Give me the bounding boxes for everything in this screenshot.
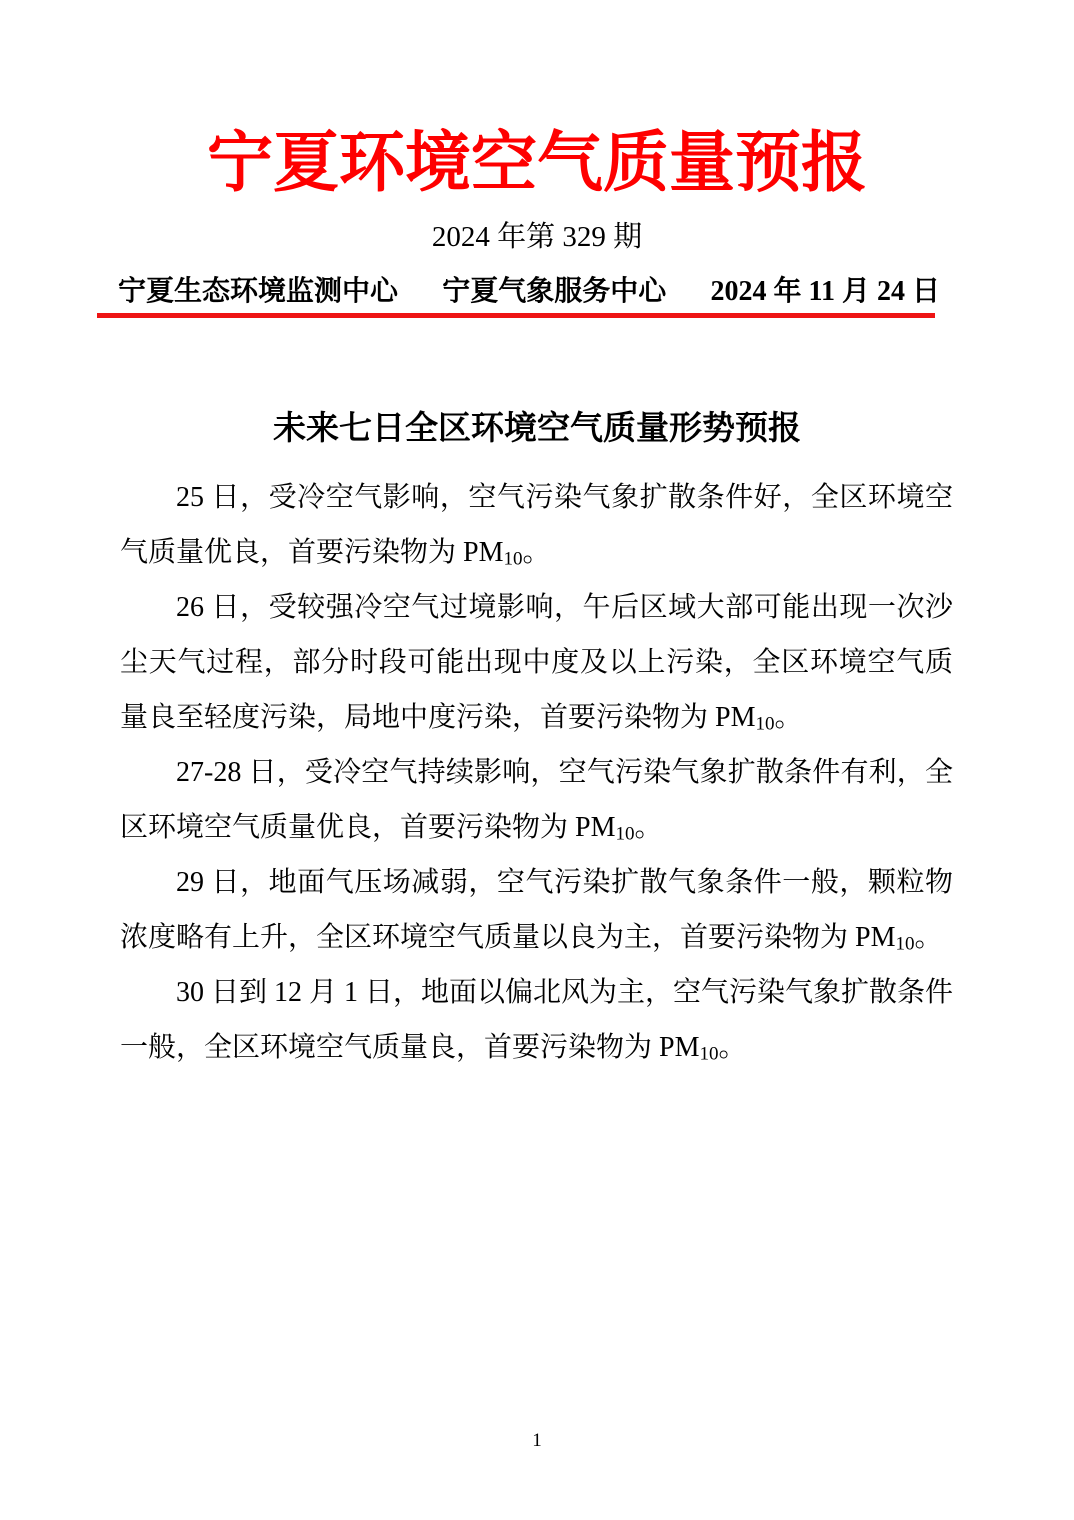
document-title: 宁夏环境空气质量预报 — [0, 122, 1074, 206]
document-page: 宁夏环境空气质量预报 2024 年第 329 期 宁夏生态环境监测中心 宁夏气象… — [0, 0, 1074, 1520]
paragraph-day-27-28: 27-28 日，受冷空气持续影响，空气污染气象扩散条件有利，全区环境空气质量优良… — [120, 745, 953, 855]
masthead-date: 2024 年 11 月 24 日 — [711, 274, 940, 310]
paragraph-day-29: 29 日，地面气压场减弱，空气污染扩散气象条件一般，颗粒物浓度略有上升，全区环境… — [120, 855, 953, 965]
masthead-org-weather-center: 宁夏气象服务中心 — [442, 274, 666, 310]
red-divider-rule — [97, 313, 935, 318]
paragraph-day-30-dec-1: 30 日到 12 月 1 日，地面以偏北风为主，空气污染气象扩散条件一般，全区环… — [120, 965, 953, 1075]
paragraph-day-25: 25 日，受冷空气影响，空气污染气象扩散条件好，全区环境空气质量优良，首要污染物… — [120, 470, 953, 580]
section-title: 未来七日全区环境空气质量形势预报 — [0, 406, 1074, 452]
issue-number: 2024 年第 329 期 — [0, 216, 1074, 258]
paragraph-day-26: 26 日，受较强冷空气过境影响，午后区域大部可能出现一次沙尘天气过程，部分时段可… — [120, 580, 953, 745]
page-number: 1 — [0, 1428, 1074, 1454]
masthead-row: 宁夏生态环境监测中心 宁夏气象服务中心 2024 年 11 月 24 日 — [118, 274, 940, 310]
masthead-org-monitoring-center: 宁夏生态环境监测中心 — [118, 274, 398, 310]
forecast-body: 25 日，受冷空气影响，空气污染气象扩散条件好，全区环境空气质量优良，首要污染物… — [120, 470, 953, 1075]
